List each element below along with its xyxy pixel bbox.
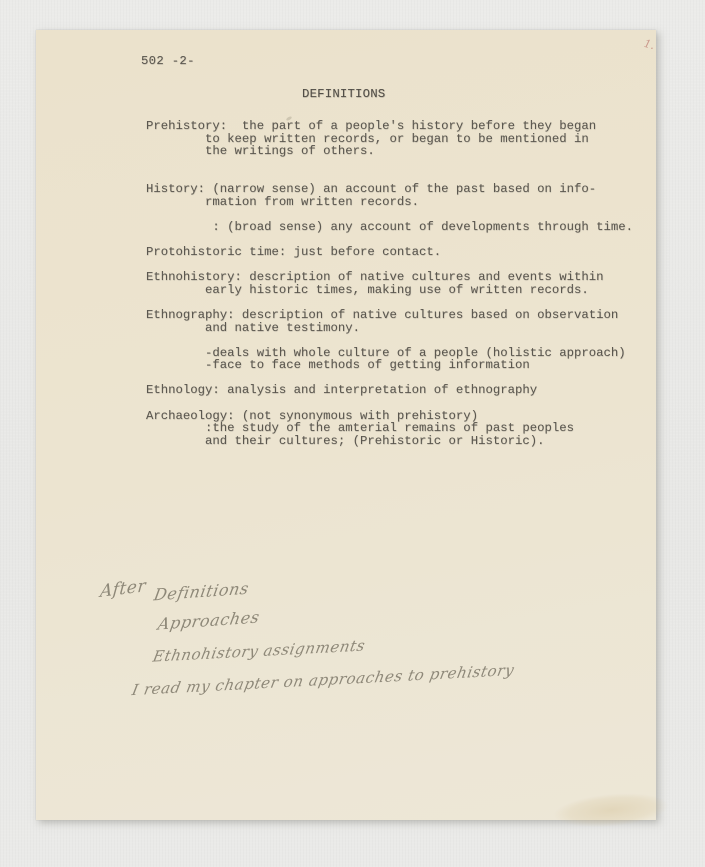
page-corner-mark: 1.	[643, 37, 656, 52]
handwritten-note-approaches: Approaches	[156, 607, 261, 633]
handwritten-note-ethnohistory-assignments: Ethnohistory assignments	[151, 636, 366, 665]
page-title: DEFINITIONS	[302, 87, 385, 101]
handwritten-note-reading-chapter: I read my chapter on approaches to prehi…	[130, 661, 515, 699]
paper-stain	[532, 776, 676, 836]
handwritten-note-definitions: Definitions	[152, 579, 250, 605]
typewritten-body: Prehistory: the part of a people's histo…	[146, 120, 633, 447]
course-page-number: 502 -2-	[141, 54, 195, 68]
scanner-background: 1. 502 -2- DEFINITIONS Prehistory: the p…	[0, 0, 705, 867]
handwritten-note-after: After	[99, 576, 147, 602]
document-page: 1. 502 -2- DEFINITIONS Prehistory: the p…	[36, 30, 656, 820]
